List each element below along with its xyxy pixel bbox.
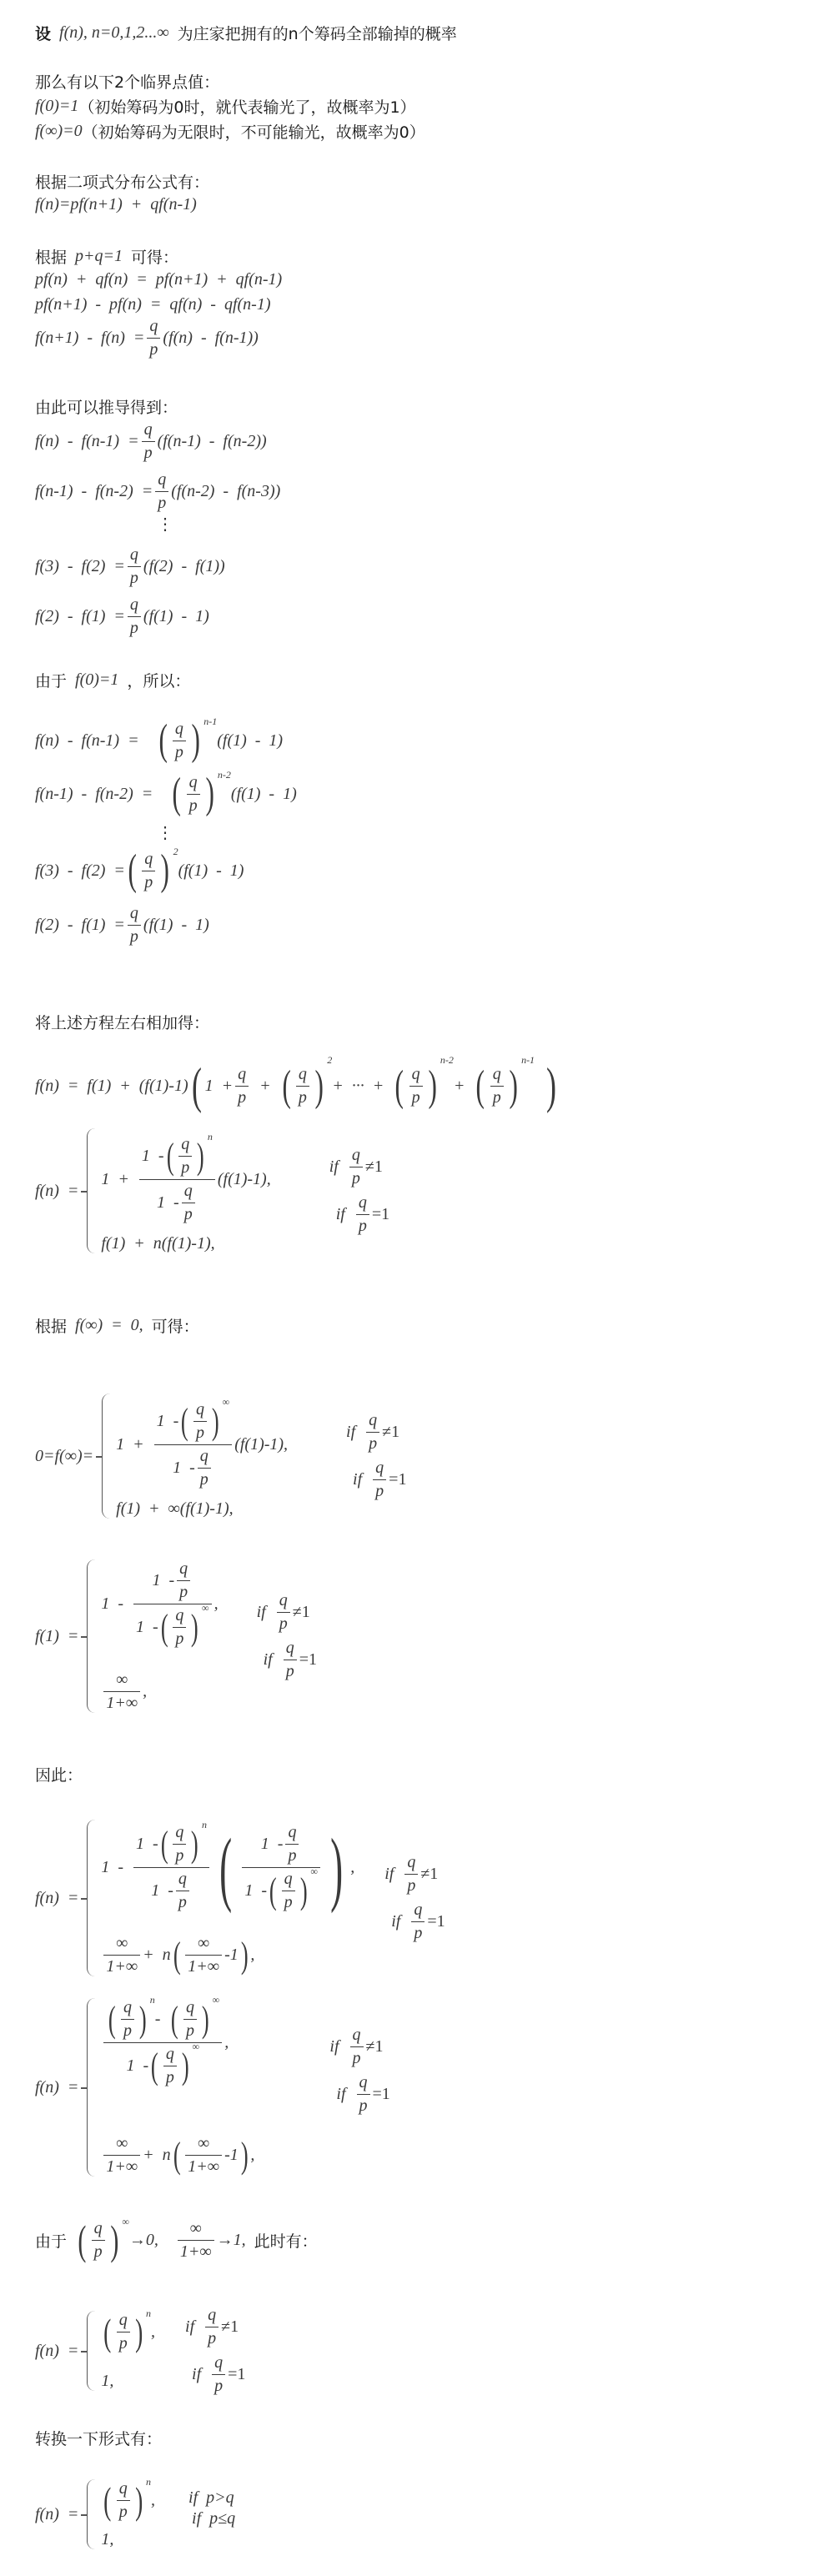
pq-eq1: pf(n) + qf(n) = pf(n+1) + qf(n-1) [35, 270, 282, 289]
boundary-math: f(∞)=0 [35, 122, 83, 141]
convert-cases-equation: f(n) = (qp)n, 1, if p>q if p≤q [35, 2478, 235, 2550]
fraction-q-over-p: qp [128, 595, 141, 638]
case-2: f(1) + n(f(1)-1), [101, 1234, 270, 1253]
power-eq-2: f(3) - f(2) = ( qp ) 2 (f(1) - 1) [35, 849, 244, 892]
power-eq-3: f(2) - f(1) = qp (f(1) - 1) [35, 904, 209, 947]
left-brace: 1 + 1 - (qp)∞ 1 -qp (f(1)-1), f(1) + ∞(f… [102, 1393, 288, 1519]
definition-text: 为庄家把拥有的n个筹码全部输掉的概率 [178, 22, 457, 44]
eq-lhs: f(n+1) - f(n) = [35, 329, 144, 348]
conditions: ifqp≠1 ifqp=1 [329, 1146, 389, 1236]
boundary-note: （初始筹码为无限时，不可能输光，故概率为0） [83, 120, 425, 143]
exponent: n-2 [218, 769, 231, 781]
derive-heading: 由此可以推导得到： [35, 395, 178, 418]
binomial-heading: 根据二项式分布公式有： [35, 170, 209, 193]
eq-rhs: (f(n) - f(n-1)) [163, 329, 258, 348]
exponent: n-1 [203, 716, 217, 728]
derive-eq-3: f(2) - f(1) = qp (f(1) - 1) [35, 595, 209, 638]
left-brace: (qp)n, 1, [87, 2311, 155, 2391]
fraction-q-over-p: qp [142, 420, 155, 463]
pq-heading-suffix: 可得： [131, 245, 178, 268]
power-eq-1: f(n-1) - f(n-2) = ( qp ) n-2 (f(1) - 1) [35, 772, 297, 816]
power-eq-0: f(n) - f(n-1) = ( qp ) n-1 (f(1) - 1) [35, 719, 283, 762]
left-brace: (qp)n, 1, [87, 2479, 155, 2549]
convert-heading: 转换一下形式有： [35, 2427, 162, 2449]
infinity-cases-equation: 0=f(∞)= 1 + 1 - (qp)∞ 1 -qp (f(1)-1), f(… [35, 1393, 406, 1519]
condition-p-greater-q: if p>q [188, 2488, 235, 2508]
left-brace: (qp)n - (qp)∞ 1 - (qp)∞ , ∞1+∞ + n (∞1+∞… [87, 1998, 254, 2177]
binomial-equation: f(n)=pf(n+1) + qf(n-1) [35, 195, 197, 214]
left-brace: 1 + 1 - (qp)n 1 -qp (f(1)-1), f(1) + n(f… [87, 1128, 270, 1253]
parenthesized-fraction: ( qp ) [156, 719, 203, 762]
therefore-eq-2: f(n) = (qp)n - (qp)∞ 1 - (qp)∞ , [35, 1998, 390, 2177]
fraction-q-over-p: qp [128, 545, 141, 588]
fraction-q-over-p: qp [147, 317, 160, 359]
limit-cases-equation: f(n) = (qp)n, 1, ifqp≠1 ifqp=1 [35, 2310, 245, 2392]
fraction-q-over-p: qp [128, 904, 141, 947]
boundary-item-0: f(0)=1 （初始筹码为0时，就代表输光了，故概率为1） [35, 95, 416, 118]
parenthesized-fraction: ( qp ) [169, 772, 217, 816]
vertical-dots: ⋮ [157, 522, 173, 527]
left-brace: 1 - 1 - (qp)n 1 -qp ( 1 -qp 1 - (qp)∞ [87, 1820, 354, 1976]
pq-heading-prefix: 根据 [35, 245, 67, 268]
boundary-heading: 那么有以下2个临界点值： [35, 70, 219, 93]
case-1: 1 + 1 - (qp)n 1 -qp (f(1)-1), [101, 1135, 270, 1224]
definition-math: f(n), n=0,1,2...∞ [59, 23, 169, 43]
exponent: 2 [173, 846, 178, 858]
pq-eq3: f(n+1) - f(n) = qp (f(n) - f(n-1)) [35, 317, 259, 359]
left-brace: 1 - 1 -qp 1 - (qp)∞ , ∞1+∞ , [87, 1559, 218, 1713]
derive-eq-2: f(3) - f(2) = qp (f(2) - f(1)) [35, 545, 225, 588]
infinity-heading: 根据 f(∞) = 0, 可得： [35, 1314, 199, 1337]
since-f0-heading: 由于 f(0)=1 ，所以： [35, 669, 190, 691]
pq-eq2: pf(n+1) - pf(n) = qf(n) - qf(n-1) [35, 295, 270, 314]
fn-cases-equation: f(n) = 1 + 1 - (qp)n 1 -qp (f(1)-1), f(1… [35, 1127, 389, 1254]
parenthesized-fraction: ( qp ) [125, 849, 173, 892]
boundary-note: （初始筹码为0时，就代表输光了，故概率为1） [78, 95, 415, 118]
pq-heading: 根据 p+q=1 可得： [35, 245, 178, 268]
derive-eq-1: f(n-1) - f(n-2) = qp (f(n-2) - f(n-3)) [35, 470, 280, 513]
boundary-item-1: f(∞)=0 （初始筹码为无限时，不可能输光，故概率为0） [35, 120, 425, 143]
fraction-q-over-p: qp [155, 470, 168, 513]
sum-heading: 将上述方程左右相加得： [35, 1011, 209, 1033]
boundary-math: f(0)=1 [35, 97, 78, 116]
define-prefix: 设 [35, 22, 51, 44]
sum-equation: f(n) = f(1) + (f(1)-1) ( 1 + qp + (qp) 2… [35, 1057, 560, 1115]
pq-heading-math: p+q=1 [75, 247, 123, 266]
definition-line: 设 f(n), n=0,1,2...∞ 为庄家把拥有的n个筹码全部输掉的概率 [35, 22, 457, 44]
condition-p-leq-q: if p≤q [192, 2509, 235, 2528]
therefore-heading: 因此： [35, 1763, 83, 1785]
derive-eq-0: f(n) - f(n-1) = qp (f(n-1) - f(n-2)) [35, 420, 267, 463]
therefore-eq-1: f(n) = 1 - 1 - (qp)n 1 -qp ( 1 -qp 1 - [35, 1820, 445, 1976]
limit-heading: 由于 (qp)∞ →0, ∞1+∞ →1, 此时有： [35, 2210, 318, 2270]
f1-cases-equation: f(1) = 1 - 1 -qp 1 - (qp)∞ , ∞1+∞ , [35, 1559, 317, 1713]
vertical-dots: ⋮ [157, 831, 173, 836]
